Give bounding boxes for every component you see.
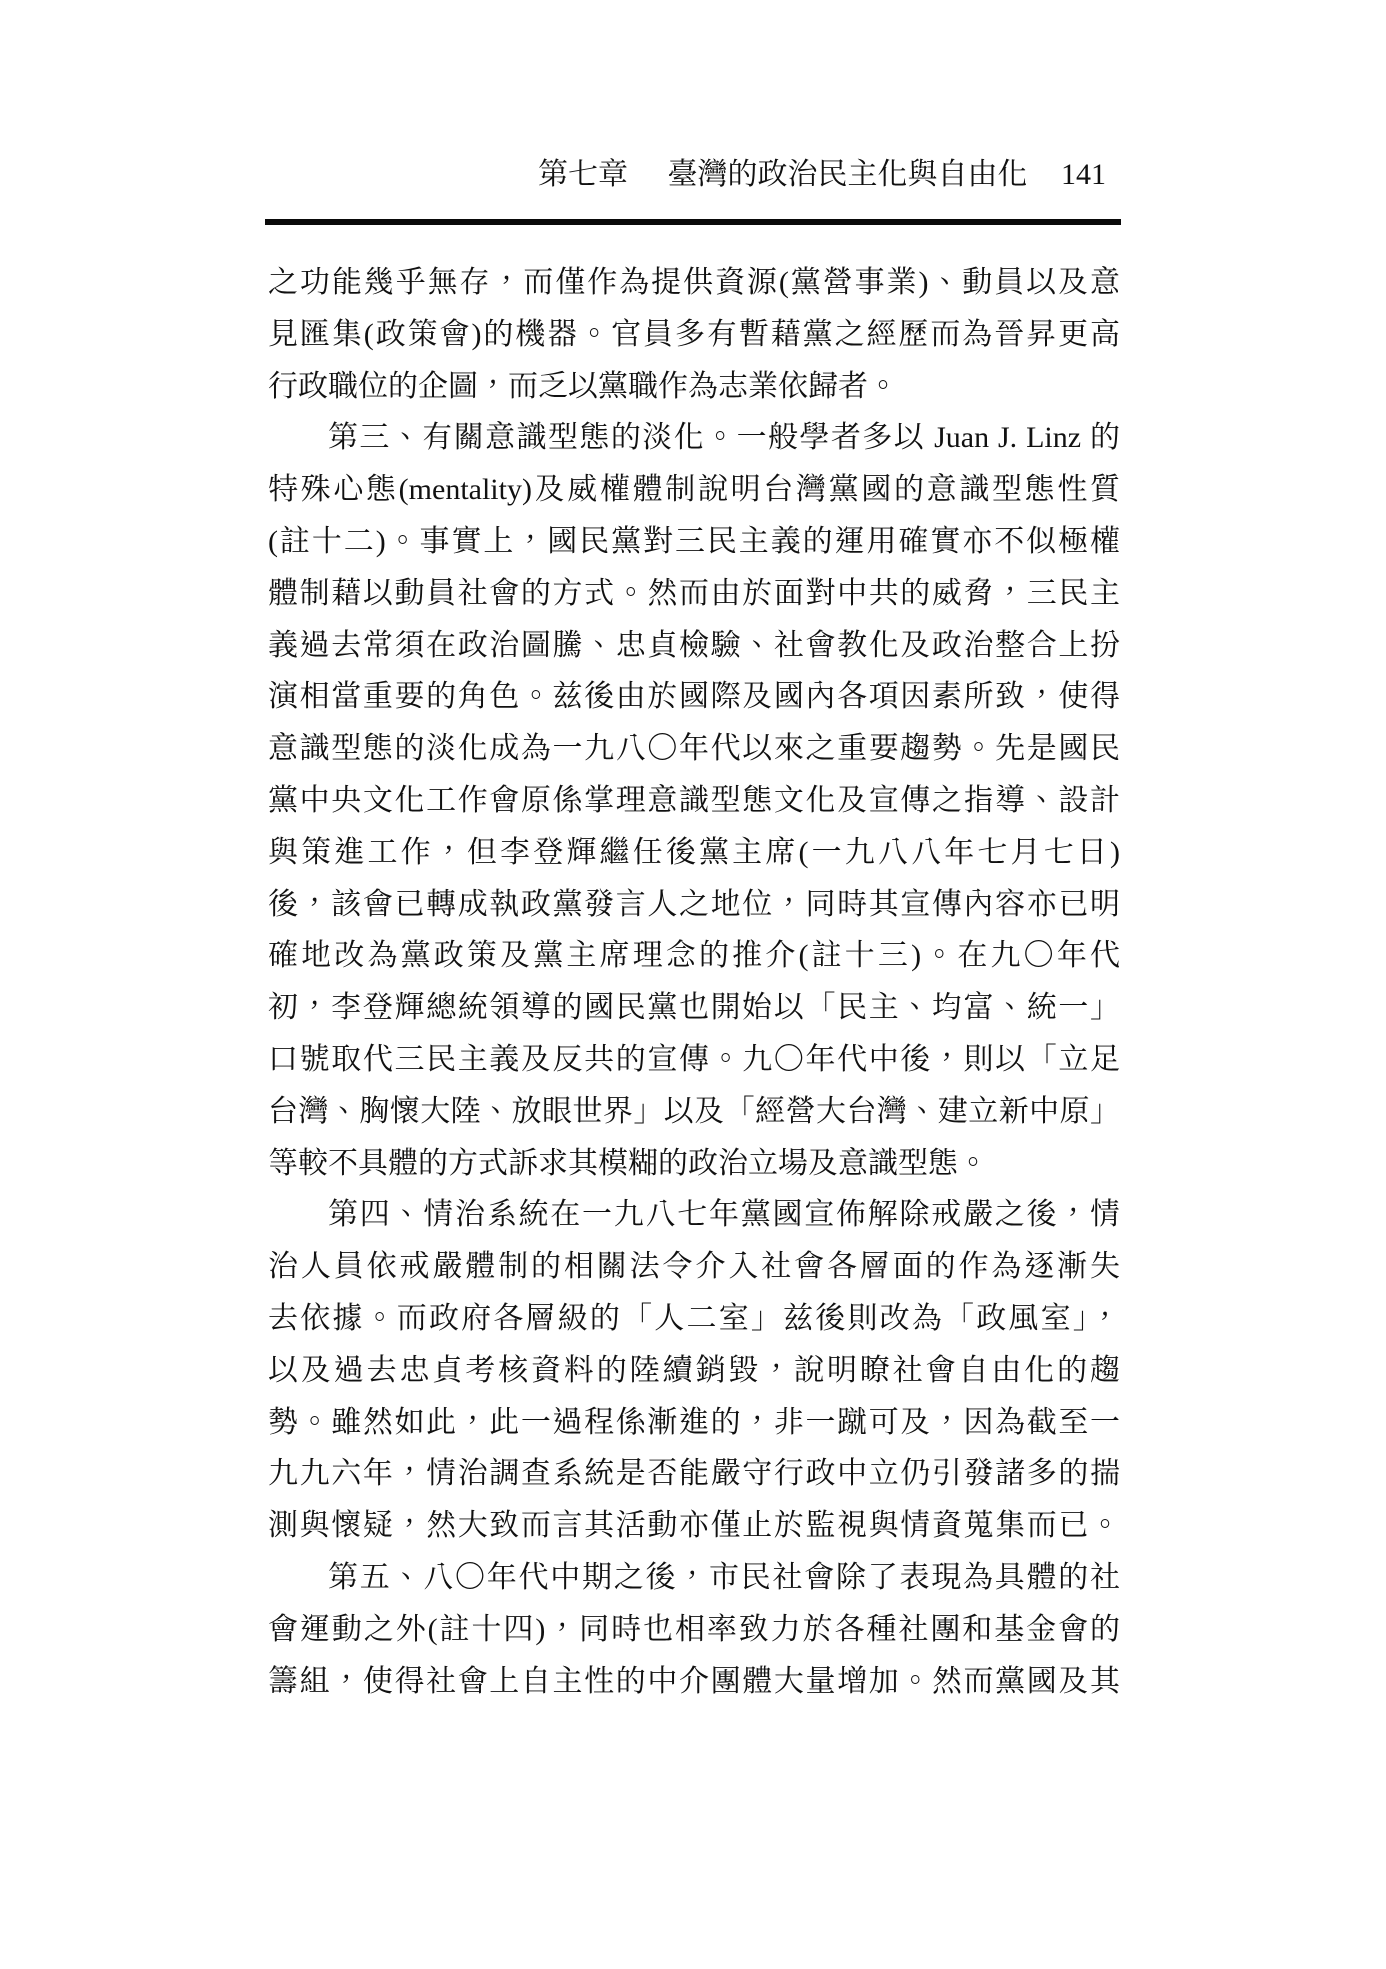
text-line: 會運動之外(註十四)，同時也相率致力於各種社團和基金會的 (268, 1604, 1120, 1656)
text-line: 口號取代三民主義及反共的宣傳。九〇年代中後，則以「立足 (268, 1034, 1120, 1086)
header-rule (265, 219, 1121, 225)
text-line: 第四、情治系統在一九八七年黨國宣佈解除戒嚴之後，情 (268, 1189, 1120, 1241)
page-body: 之功能幾乎無存，而僅作為提供資源(黨營事業)、動員以及意見匯集(政策會)的機器。… (268, 257, 1120, 1707)
text-line: 意識型態的淡化成為一九八〇年代以來之重要趨勢。先是國民 (268, 723, 1120, 775)
text-line: 九九六年，情治調查系統是否能嚴守行政中立仍引發諸多的揣 (268, 1448, 1120, 1500)
text-line: 體制藉以動員社會的方式。然而由於面對中共的威脅，三民主 (268, 568, 1120, 620)
text-line: 見匯集(政策會)的機器。官員多有暫藉黨之經歷而為晉昇更高 (268, 309, 1120, 361)
text-line: 後，該會已轉成執政黨發言人之地位，同時其宣傳內容亦已明 (268, 879, 1120, 931)
chapter-label: 第七章 (538, 158, 628, 191)
text-line: 去依據。而政府各層級的「人二室」兹後則改為「政風室」， (268, 1293, 1120, 1345)
text-line: 第三、有關意識型態的淡化。一般學者多以 Juan J. Linz 的 (268, 412, 1120, 464)
text-line: 以及過去忠貞考核資料的陸續銷毀，說明瞭社會自由化的趨 (268, 1345, 1120, 1397)
text-line: 籌組，使得社會上自主性的中介團體大量增加。然而黨國及其 (268, 1656, 1120, 1708)
text-line: 特殊心態(mentality)及威權體制說明台灣黨國的意識型態性質 (268, 464, 1120, 516)
text-line: 治人員依戒嚴體制的相關法令介入社會各層面的作為逐漸失 (268, 1241, 1120, 1293)
text-line: 之功能幾乎無存，而僅作為提供資源(黨營事業)、動員以及意 (268, 257, 1120, 309)
text-line: 第五、八〇年代中期之後，市民社會除了表現為具體的社 (268, 1552, 1120, 1604)
page-header: 第七章 臺灣的政治民主化與自由化 141 (266, 152, 1106, 198)
book-page: 第七章 臺灣的政治民主化與自由化 141 之功能幾乎無存，而僅作為提供資源(黨營… (0, 0, 1386, 1969)
text-line: 行政職位的企圖，而乏以黨職作為志業依歸者。 (268, 361, 1120, 413)
text-line: 黨中央文化工作會原係掌理意識型態文化及宣傳之指導、設計 (268, 775, 1120, 827)
text-line: 測與懷疑，然大致而言其活動亦僅止於監視與情資蒐集而已。 (268, 1500, 1120, 1552)
text-line: 勢。雖然如此，此一過程係漸進的，非一蹴可及，因為截至一 (268, 1397, 1120, 1449)
text-line: 與策進工作，但李登輝繼任後黨主席(一九八八年七月七日) (268, 827, 1120, 879)
running-title: 臺灣的政治民主化與自由化 (668, 158, 1028, 191)
text-line: 初，李登輝總統領導的國民黨也開始以「民主、均富、統一」 (268, 982, 1120, 1034)
text-line: 演相當重要的角色。兹後由於國際及國內各項因素所致，使得 (268, 671, 1120, 723)
text-line: (註十二)。事實上，國民黨對三民主義的運用確實亦不似極權 (268, 516, 1120, 568)
text-line: 義過去常須在政治圖騰、忠貞檢驗、社會教化及政治整合上扮 (268, 620, 1120, 672)
text-line: 台灣、胸懷大陸、放眼世界」以及「經營大台灣、建立新中原」 (268, 1086, 1120, 1138)
page-number: 141 (1061, 158, 1106, 191)
text-line: 確地改為黨政策及黨主席理念的推介(註十三)。在九〇年代 (268, 930, 1120, 982)
text-line: 等較不具體的方式訴求其模糊的政治立場及意識型態。 (268, 1138, 1120, 1190)
